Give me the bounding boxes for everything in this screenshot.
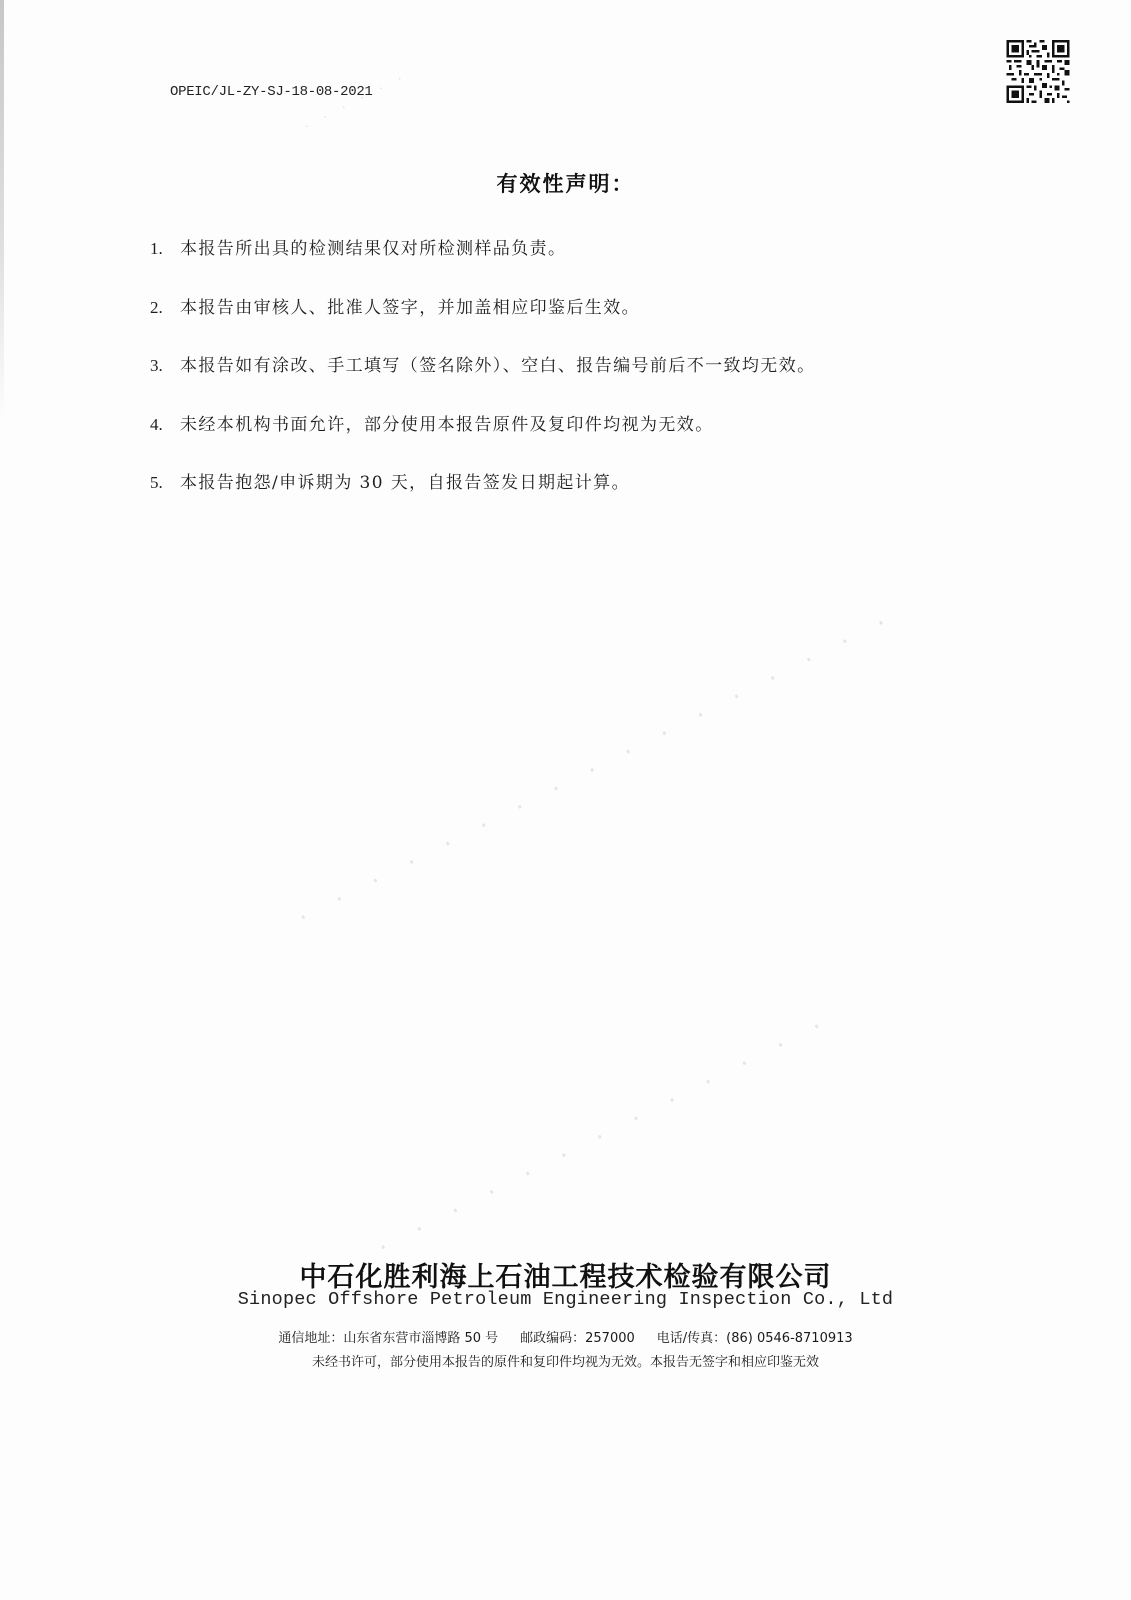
contact-info: 通信地址：山东省东营市淄博路 50 号邮政编码：257000电话/传真：(86)… bbox=[0, 1327, 1131, 1346]
clause-number: 2. bbox=[150, 298, 180, 318]
qr-code-icon bbox=[1005, 40, 1071, 103]
postal-code: 邮政编码：257000 bbox=[520, 1327, 635, 1346]
phone-fax: 电话/传真：(86) 0546-8710913 bbox=[657, 1327, 853, 1346]
mailing-address: 通信地址：山东省东营市淄博路 50 号 bbox=[278, 1327, 498, 1346]
watermark-faint-lower: · · · · · · · · · · · · · bbox=[373, 1007, 838, 1264]
clause-text: 本报告由审核人、批准人签字，并加盖相应印鉴后生效。 bbox=[180, 293, 640, 318]
clause-item: 5. 本报告抱怨/申诉期为 30 天，自报告签发日期起计算。 bbox=[150, 468, 816, 527]
scan-edge-artifact bbox=[0, 0, 4, 420]
clause-text: 未经本机构书面允许，部分使用本报告原件及复印件均视为无效。 bbox=[180, 410, 714, 435]
watermark-faint-top: · · · · · · bbox=[301, 69, 411, 135]
clause-number: 1. bbox=[150, 239, 180, 259]
clause-number: 3. bbox=[150, 356, 180, 376]
usage-notice: 未经书许可，部分使用本报告的原件和复印件均视为无效。本报告无签字和相应印鉴无效 bbox=[0, 1351, 1131, 1370]
validity-statement-title: 有效性声明： bbox=[0, 168, 1131, 198]
clause-number: 5. bbox=[150, 473, 180, 493]
company-name-english: Sinopec Offshore Petroleum Engineering I… bbox=[0, 1289, 1131, 1310]
clause-item: 2. 本报告由审核人、批准人签字，并加盖相应印鉴后生效。 bbox=[150, 293, 816, 352]
clause-item: 3. 本报告如有涂改、手工填写（签名除外）、空白、报告编号前后不一致均无效。 bbox=[150, 351, 816, 410]
watermark-faint-middle: · · · · · · · · · · · · · · · · · bbox=[293, 603, 902, 933]
clause-text: 本报告抱怨/申诉期为 30 天，自报告签发日期起计算。 bbox=[180, 468, 630, 493]
clause-number: 4. bbox=[150, 415, 180, 435]
clause-text: 本报告所出具的检测结果仅对所检测样品负责。 bbox=[180, 234, 566, 259]
validity-clauses-list: 1. 本报告所出具的检测结果仅对所检测样品负责。 2. 本报告由审核人、批准人签… bbox=[150, 234, 816, 527]
clause-item: 1. 本报告所出具的检测结果仅对所检测样品负责。 bbox=[150, 234, 816, 293]
document-page: OPEIC/JL-ZY-SJ-18-08-2021 bbox=[0, 0, 1131, 1600]
clause-item: 4. 未经本机构书面允许，部分使用本报告原件及复印件均视为无效。 bbox=[150, 410, 816, 469]
clause-text: 本报告如有涂改、手工填写（签名除外）、空白、报告编号前后不一致均无效。 bbox=[180, 351, 816, 376]
document-code: OPEIC/JL-ZY-SJ-18-08-2021 bbox=[170, 84, 373, 100]
